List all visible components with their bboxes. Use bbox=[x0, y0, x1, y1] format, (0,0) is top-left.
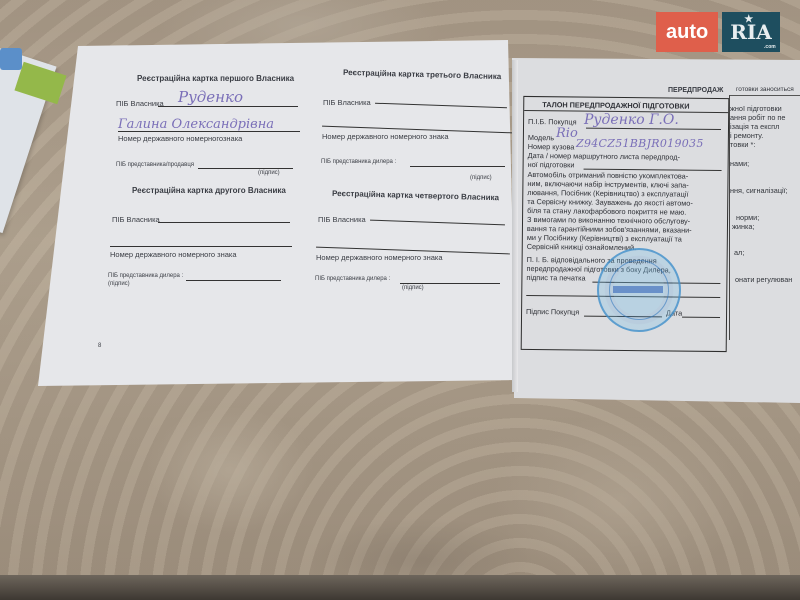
card-second-owner-plate-line bbox=[110, 246, 292, 247]
page-number: 8 bbox=[98, 343, 101, 349]
talon-title: ТАЛОН ПЕРЕДПРОДАЖНОЇ ПІДГОТОВКИ bbox=[542, 100, 689, 111]
card-second-owner-signature-label: (підпис) bbox=[108, 281, 130, 287]
right-column-line-6: ння, сигналізації; bbox=[730, 186, 788, 195]
card-third-owner-dealer-line bbox=[410, 166, 505, 167]
card-second-owner-name-label: ПІБ Власника bbox=[112, 215, 160, 224]
logo-com-suffix: .com bbox=[764, 44, 776, 50]
card-fourth-owner-plate-label: Номер державного номерного знака bbox=[316, 253, 443, 262]
card-third-owner-name-label: ПІБ Власника bbox=[323, 98, 371, 107]
right-column-line-0: жної підготовки bbox=[730, 104, 782, 113]
right-column-line-5: нами; bbox=[730, 159, 749, 168]
talon-buyer-signature-label: Підпис Покупця bbox=[526, 307, 579, 317]
card-first-owner-title: Реєстраційна картка першого Власника bbox=[137, 74, 294, 83]
card-third-owner-signature-label: (підпис) bbox=[470, 175, 492, 181]
card-first-owner-name-line bbox=[158, 106, 298, 107]
right-column-border bbox=[729, 95, 730, 340]
star-icon: ★ bbox=[744, 14, 753, 25]
side-booklet-blue-label bbox=[0, 48, 22, 70]
card-first-owner-plate-label: Номер державного номерногознака bbox=[118, 134, 242, 143]
handwritten-buyer-name: Руденко Г.О. bbox=[584, 112, 679, 128]
booklet-spine bbox=[512, 60, 518, 392]
right-column-line-7: норми; bbox=[736, 213, 759, 222]
handwritten-first-patronymic: Галина Олександрівна bbox=[118, 117, 274, 132]
right-column-line-2: ізація та експл bbox=[730, 122, 779, 131]
card-second-owner-title: Реєстраційна картка другого Власника bbox=[132, 186, 286, 195]
card-second-owner-dealer-label: ПІБ представника дилера : bbox=[108, 273, 183, 279]
card-second-owner-dealer-line bbox=[186, 280, 281, 281]
card-first-owner-dealer-label: ПІБ представника/продавця bbox=[116, 162, 194, 168]
card-fourth-owner-dealer-line bbox=[400, 283, 500, 284]
dark-surface-edge bbox=[0, 575, 800, 600]
talon-body-text-8: Сервісній книжці ознайомлений. bbox=[527, 242, 636, 252]
talon-model-label: Модель bbox=[528, 133, 554, 142]
handwritten-body-number: Z94CZ51BBJR019035 bbox=[576, 137, 704, 150]
card-first-owner-name-label: ПІБ Власника bbox=[116, 99, 164, 108]
dealer-stamp bbox=[597, 248, 681, 332]
talon-responsible-text-2: підпис та печатка bbox=[526, 273, 585, 283]
card-first-owner-signature-label: (підпис) bbox=[258, 170, 280, 176]
talon-date-field-line bbox=[682, 317, 720, 318]
card-fourth-owner-signature-label: (підпис) bbox=[402, 285, 424, 291]
right-column-line-10: онати регулюван bbox=[735, 275, 792, 284]
logo-ria-part: ★ RIA .com bbox=[722, 12, 780, 52]
talon-outside-header: ПЕРЕДПРОДАЖ bbox=[668, 87, 723, 94]
handwritten-model: Rio bbox=[556, 126, 578, 141]
handwritten-surname: Руденко bbox=[178, 88, 243, 106]
right-column-line-4: товки *: bbox=[730, 140, 755, 149]
right-column-line-3: і ремонту. bbox=[730, 131, 763, 140]
talon-body-number-label: Номер кузова bbox=[528, 142, 575, 151]
card-second-owner-plate-label: Номер державного номерного знака bbox=[110, 250, 237, 259]
right-column-line-9: ал; bbox=[734, 248, 744, 257]
left-page bbox=[38, 38, 516, 388]
card-first-owner-dealer-line bbox=[198, 168, 293, 169]
card-fourth-owner-dealer-label: ПІБ представника дилера : bbox=[315, 276, 390, 282]
talon-date-label-2: ної підготовки bbox=[528, 160, 575, 169]
card-second-owner-name-line bbox=[158, 222, 290, 223]
card-third-owner-dealer-label: ПІБ представника дилера : bbox=[321, 159, 396, 165]
autoria-watermark-logo: auto ★ RIA .com bbox=[656, 12, 780, 52]
logo-auto-part: auto bbox=[656, 12, 718, 52]
right-column-header: готовки заноситься bbox=[736, 86, 794, 93]
card-first-owner-plate-line bbox=[118, 131, 300, 132]
card-fourth-owner-name-label: ПІБ Власника bbox=[318, 215, 366, 224]
right-column-line-1: ання робіт по пе bbox=[730, 113, 785, 122]
right-column-line-8: жинка; bbox=[732, 222, 754, 231]
card-third-owner-plate-label: Номер державного номерного знака bbox=[322, 132, 449, 141]
right-column-header-line bbox=[730, 95, 800, 96]
dealer-stamp-text-bar bbox=[613, 286, 663, 293]
